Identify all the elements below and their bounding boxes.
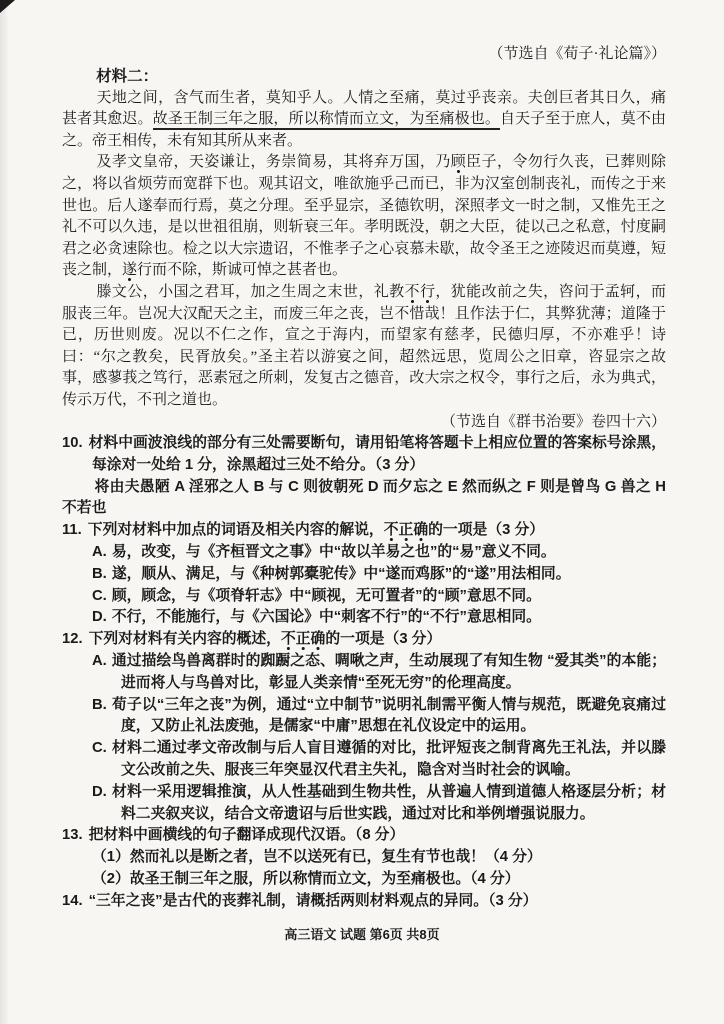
p1-underlined-sentence: 故圣王制三年之服，所以称情而立文，为至痛极也。 — [153, 111, 500, 130]
p2-emphasized-word-gu: 顾 — [451, 154, 466, 174]
p3-text-pre: 滕文公，小国之君耳，加之生周之末世，礼教 — [97, 284, 405, 300]
question-13-item-1: （1）然而礼以是断之者，岂不以送死有已，复生有节也哉！（4 分） — [62, 847, 666, 869]
question-13-number: 13. — [62, 827, 83, 843]
p2-emphasized-word-sui: 遂 — [122, 262, 137, 282]
question-12-text-pre: 下列对材料有关内容的概述， — [89, 631, 281, 647]
question-12-stem: 12.下列对材料有关内容的概述，不正确的一项是（3 分） — [62, 629, 666, 651]
p3-emphasized-word-buxing: 不行 — [405, 284, 436, 304]
p2-text-pre: 及孝文皇帝，天姿谦让，务崇简易，其将弃万国，乃 — [97, 154, 451, 170]
question-11-option-c: C.顾，顾念，与《项脊轩志》中“顾视，无可置者”的“顾”意思不同。 — [62, 586, 666, 608]
option-d-text: 不行，不能施行，与《六国论》中“刺客不行”的“不行”意思相同。 — [112, 609, 541, 625]
option-d-label: D. — [92, 784, 107, 800]
option-b-text: 遂，顺从、满足，与《种树郭橐驼传》中“遂而鸡豚”的“遂”用法相同。 — [112, 566, 571, 582]
question-11-text-pre: 下列对材料中加点的词语及相关内容的解说， — [88, 522, 384, 538]
question-13-item-2: （2）故圣王制三年之服，所以称情而立文，为至痛极也。（4 分） — [62, 869, 666, 891]
option-c-text: 顾，顾念，与《项脊轩志》中“顾视，无可置者”的“顾”意思不同。 — [112, 588, 541, 604]
question-11-text-post: 的一项是（3 分） — [428, 522, 544, 538]
question-12-option-d: D.材料一采用逻辑推演，从人性基础到生物共性，从普遍人情到道德人格逐层分析；材料… — [62, 782, 666, 826]
question-10-text: 材料中画波浪线的部分有三处需要断句，请用铅笔将答题卡上相应位置的答案标号涂黑，每… — [89, 435, 666, 473]
material-paragraph-3: 滕文公，小国之君耳，加之生周之末世，礼教不行，犹能改前之失，咨问于孟轲，而服丧三… — [62, 282, 666, 412]
option-c-label: C. — [92, 740, 107, 756]
material-two-label: 材料二： — [62, 66, 666, 88]
question-11-option-b: B.遂，顺从、满足，与《种树郭橐驼传》中“遂而鸡豚”的“遂”用法相同。 — [62, 564, 666, 586]
page-footer: 高三语文 试题 第6页 共8页 — [0, 924, 724, 943]
question-12-option-b: B.荀子以“三年之丧”为例，通过“立中制节”说明礼制需平衡人情与规范，既避免哀痛… — [62, 695, 666, 739]
question-12-text-post: 的一项是（3 分） — [325, 631, 441, 647]
page-content: （节选自《荀子·礼论篇》） 材料二： 天地之间，含气而生者，莫知乎人。人情之至痛… — [62, 44, 666, 913]
question-14-text: “三年之丧”是古代的丧葬礼制，请概括两则材料观点的异同。（3 分） — [89, 893, 538, 909]
option-b-label: B. — [92, 697, 107, 713]
question-10-stem: 10.材料中画波浪线的部分有三处需要断句，请用铅笔将答题卡上相应位置的答案标号涂… — [62, 433, 666, 477]
option-d-text: 材料一采用逻辑推演，从人性基础到生物共性，从普遍人情到道德人格逐层分析；材料二夹… — [112, 784, 666, 822]
option-a-text: 易，改变，与《齐桓晋文之事》中“故以羊易之也”的“易”意义不同。 — [112, 544, 556, 560]
question-11-option-d: D.不行，不能施行，与《六国论》中“刺客不行”的“不行”意思相同。 — [62, 607, 666, 629]
question-14-stem: 14.“三年之丧”是古代的丧葬礼制，请概括两则材料观点的异同。（3 分） — [62, 891, 666, 913]
option-b-label: B. — [92, 566, 107, 582]
p2-text-post: 行而不除，斯诚可悼之甚者也。 — [137, 262, 347, 278]
option-a-label: A. — [92, 544, 107, 560]
p2-text-mid: 臣子，令勿行久丧，已葬则除之，将以省烦劳而宽群下也。观其诏文，唯欲施乎己而已，非… — [62, 154, 666, 278]
question-11-stem: 11.下列对材料中加点的词语及相关内容的解说，不正确的一项是（3 分） — [62, 520, 666, 542]
option-a-label: A. — [92, 653, 107, 669]
option-b-text: 荀子以“三年之丧”为例，通过“立中制节”说明礼制需平衡人情与规范，既避免哀痛过度… — [112, 697, 666, 735]
option-c-text: 材料二通过孝文帝改制与后人盲目遵循的对比，批评短丧之制背离先王礼法，并以滕文公改… — [112, 740, 666, 778]
option-d-label: D. — [92, 609, 107, 625]
question-14-number: 14. — [62, 893, 83, 909]
question-12-emphasized: 不正确 — [281, 631, 325, 651]
p3-text-post: ，犹能改前之失，咨问于孟轲，而服丧三年。岂况大汉配天之主，而废三年之丧，岂不惜哉… — [62, 284, 666, 408]
question-12-option-c: C.材料二通过孝文帝改制与后人盲目遵循的对比，批评短丧之制背离先王礼法，并以滕文… — [62, 738, 666, 782]
material-paragraph-2: 及孝文皇帝，天姿谦让，务崇简易，其将弃万国，乃顾臣子，令勿行久丧，已葬则除之，将… — [62, 152, 666, 282]
question-12-option-a: A.通过描绘鸟兽离群时的踟蹰之态、啁啾之声，生动展现了有知生物 “爱其类”的本能… — [62, 651, 666, 695]
material-paragraph-1: 天地之间，含气而生者，莫知乎人。人情之至痛，莫过乎丧亲。夫创巨者其日久，痛甚者其… — [62, 88, 666, 153]
option-a-text: 通过描绘鸟兽离群时的踟蹰之态、啁啾之声，生动展现了有知生物 “爱其类”的本能；进… — [112, 653, 666, 691]
scan-corner-artifact — [0, 0, 15, 13]
question-11-option-a: A.易，改变，与《齐桓晋文之事》中“故以羊易之也”的“易”意义不同。 — [62, 542, 666, 564]
source-attribution-xunzi: （节选自《荀子·礼论篇》） — [62, 44, 666, 66]
question-11-number: 11. — [62, 522, 82, 538]
source-attribution-qunshu: （节选自《群书治要》卷四十六） — [62, 412, 666, 434]
question-10-sentence: 将由夫愚陋 A 淫邪之人 B 与 C 则彼朝死 D 而夕忘之 E 然而纵之 F … — [62, 477, 666, 521]
question-13-text: 把材料中画横线的句子翻译成现代汉语。（8 分） — [89, 827, 405, 843]
question-11-emphasized: 不正确 — [384, 522, 428, 542]
question-13-stem: 13.把材料中画横线的句子翻译成现代汉语。（8 分） — [62, 825, 666, 847]
question-10-number: 10. — [62, 435, 83, 451]
exam-page: （节选自《荀子·礼论篇》） 材料二： 天地之间，含气而生者，莫知乎人。人情之至痛… — [0, 0, 724, 1024]
question-12-number: 12. — [62, 631, 83, 647]
option-c-label: C. — [92, 588, 107, 604]
